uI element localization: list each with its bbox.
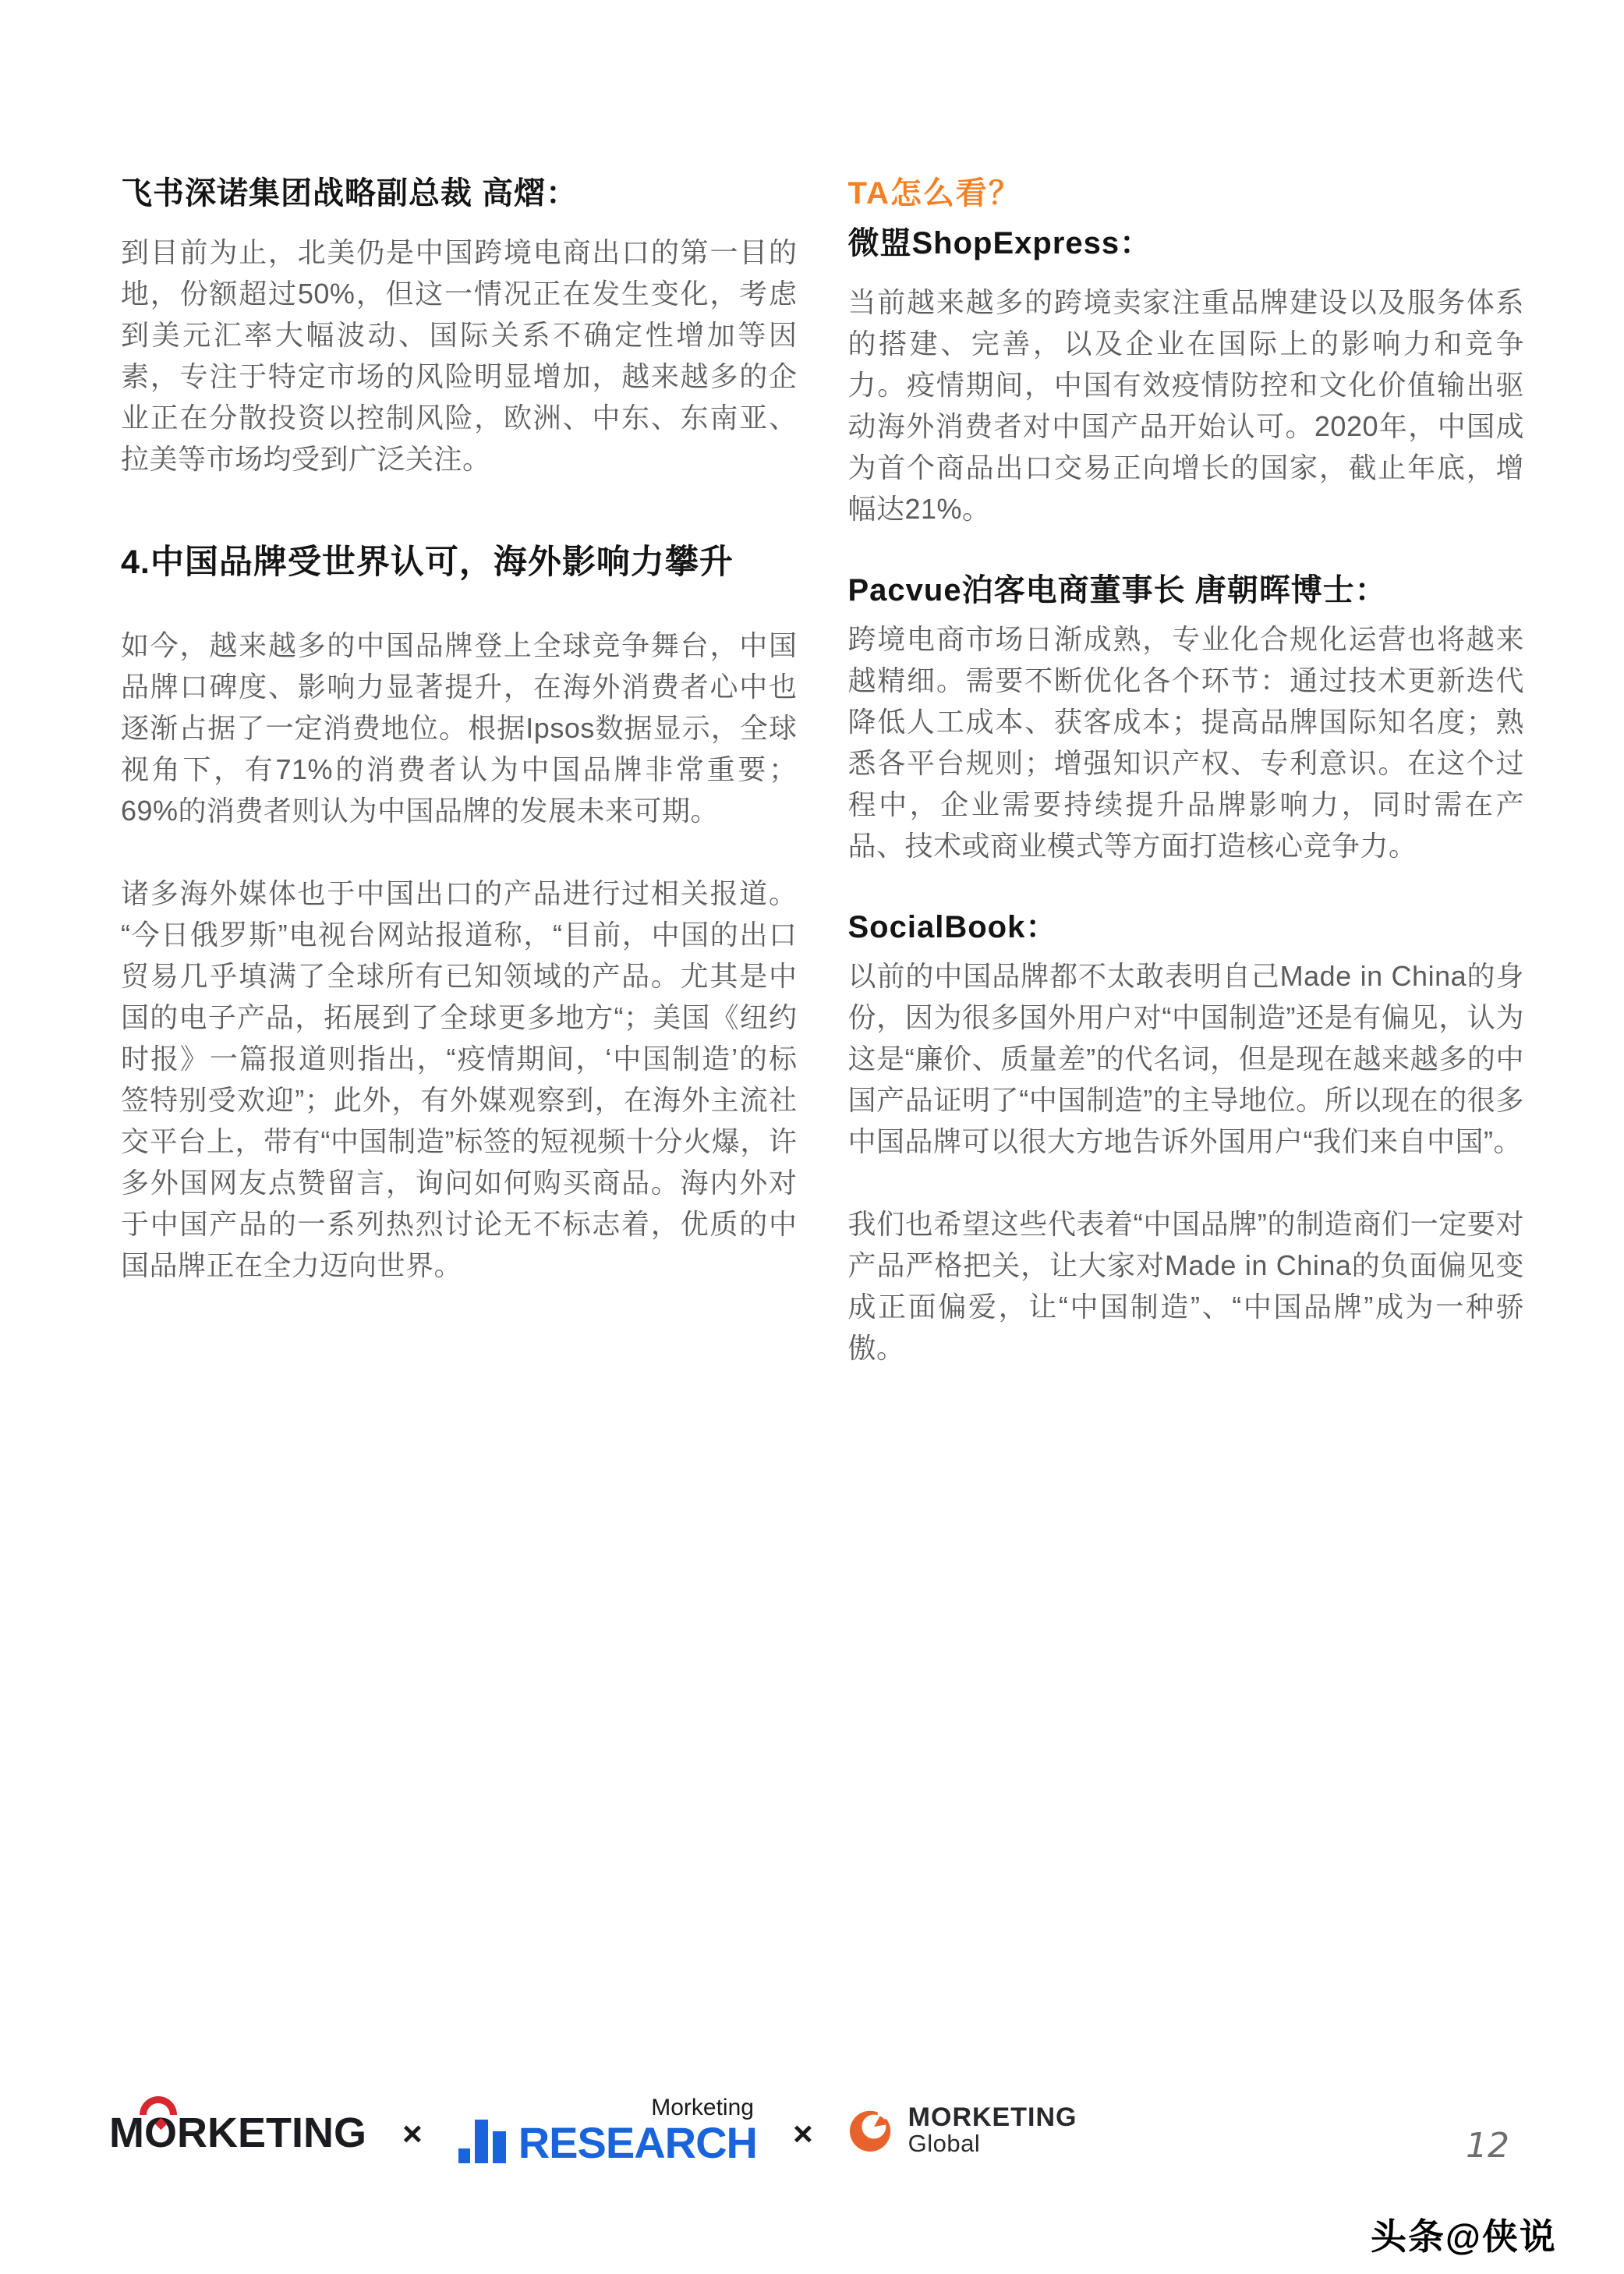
global-logo-global: Global bbox=[908, 2131, 1077, 2156]
report-page: 飞书深诺集团战略副总裁 高熠： 到目前为止，北美仍是中国跨境电商出口的第一目的地… bbox=[0, 0, 1624, 2274]
global-logo-text: MORKETING Global bbox=[908, 2104, 1077, 2156]
page-number: 12 bbox=[1466, 2126, 1509, 2166]
quote-body-feishu: 到目前为止，北美仍是中国跨境电商出口的第一目的地，份额超过50%，但这一情况正在… bbox=[121, 232, 798, 480]
quote-body-shopexpress: 当前越来越多的跨境卖家注重品牌建设以及服务体系的搭建、完善，以及企业在国际上的影… bbox=[848, 282, 1525, 530]
quote-heading-socialbook: SocialBook： bbox=[848, 907, 1525, 947]
global-g-icon bbox=[849, 2104, 894, 2156]
quote-body-socialbook-2: 我们也希望这些代表着“中国品牌”的制造商们一定要对产品严格把关，让大家对Made… bbox=[848, 1203, 1525, 1369]
section-4-heading: 4.中国品牌受世界认可，海外影响力攀升 bbox=[121, 541, 798, 583]
research-logo-text: RESEARCH bbox=[518, 2123, 757, 2163]
multiply-separator: × bbox=[402, 2115, 423, 2154]
right-column: TA怎么看？ 微盟ShopExpress： 当前越来越多的跨境卖家注重品牌建设以… bbox=[848, 173, 1525, 1369]
morketing-logo: M O RKETING bbox=[109, 2099, 366, 2160]
global-logo-morketing: MORKETING bbox=[908, 2104, 1077, 2131]
morketing-logo-o: O bbox=[144, 2106, 177, 2160]
morketing-global-logo: MORKETING Global bbox=[849, 2104, 1077, 2156]
research-logo-morketing-text: Morketing bbox=[651, 2096, 757, 2120]
quote-heading-shopexpress: 微盟ShopExpress： bbox=[848, 223, 1525, 264]
section-4-paragraph-1: 如今，越来越多的中国品牌登上全球竞争舞台，中国品牌口碑度、影响力显著提升，在海外… bbox=[121, 625, 798, 831]
research-logo-row: RESEARCH bbox=[458, 2120, 757, 2163]
morketing-logo-text-o: O bbox=[144, 2109, 177, 2156]
quote-body-socialbook-1: 以前的中国品牌都不太敢表明自己Made in China的身份，因为很多国外用户… bbox=[848, 955, 1525, 1162]
morketing-logo-text-rest: RKETING bbox=[177, 2106, 366, 2160]
left-column: 飞书深诺集团战略副总裁 高熠： 到目前为止，北美仍是中国跨境电商出口的第一目的地… bbox=[121, 173, 798, 1369]
morketing-research-logo: Morketing RESEARCH bbox=[458, 2096, 757, 2163]
multiply-separator: × bbox=[793, 2115, 813, 2154]
quote-heading-feishu: 飞书深诺集团战略副总裁 高熠： bbox=[121, 173, 798, 214]
bar-chart-icon bbox=[458, 2120, 511, 2163]
watermark-toutiao: 头条@侠说 bbox=[1371, 2208, 1557, 2260]
quote-heading-pacvue: Pacvue泊客电商董事长 唐朝晖博士： bbox=[848, 570, 1525, 611]
signal-arc-icon bbox=[140, 2096, 177, 2115]
ta-opinion-heading: TA怎么看？ bbox=[848, 173, 1525, 214]
two-column-layout: 飞书深诺集团战略副总裁 高熠： 到目前为止，北美仍是中国跨境电商出口的第一目的地… bbox=[121, 173, 1524, 1369]
quote-body-pacvue: 跨境电商市场日渐成熟，专业化合规化运营也将越来越精细。需要不断优化各个环节：通过… bbox=[848, 618, 1525, 866]
section-4-paragraph-2: 诸多海外媒体也于中国出口的产品进行过相关报道。“今日俄罗斯”电视台网站报道称，“… bbox=[121, 873, 798, 1286]
footer-logo-bar: M O RKETING × Morketing RESEARCH × bbox=[109, 2096, 1077, 2163]
